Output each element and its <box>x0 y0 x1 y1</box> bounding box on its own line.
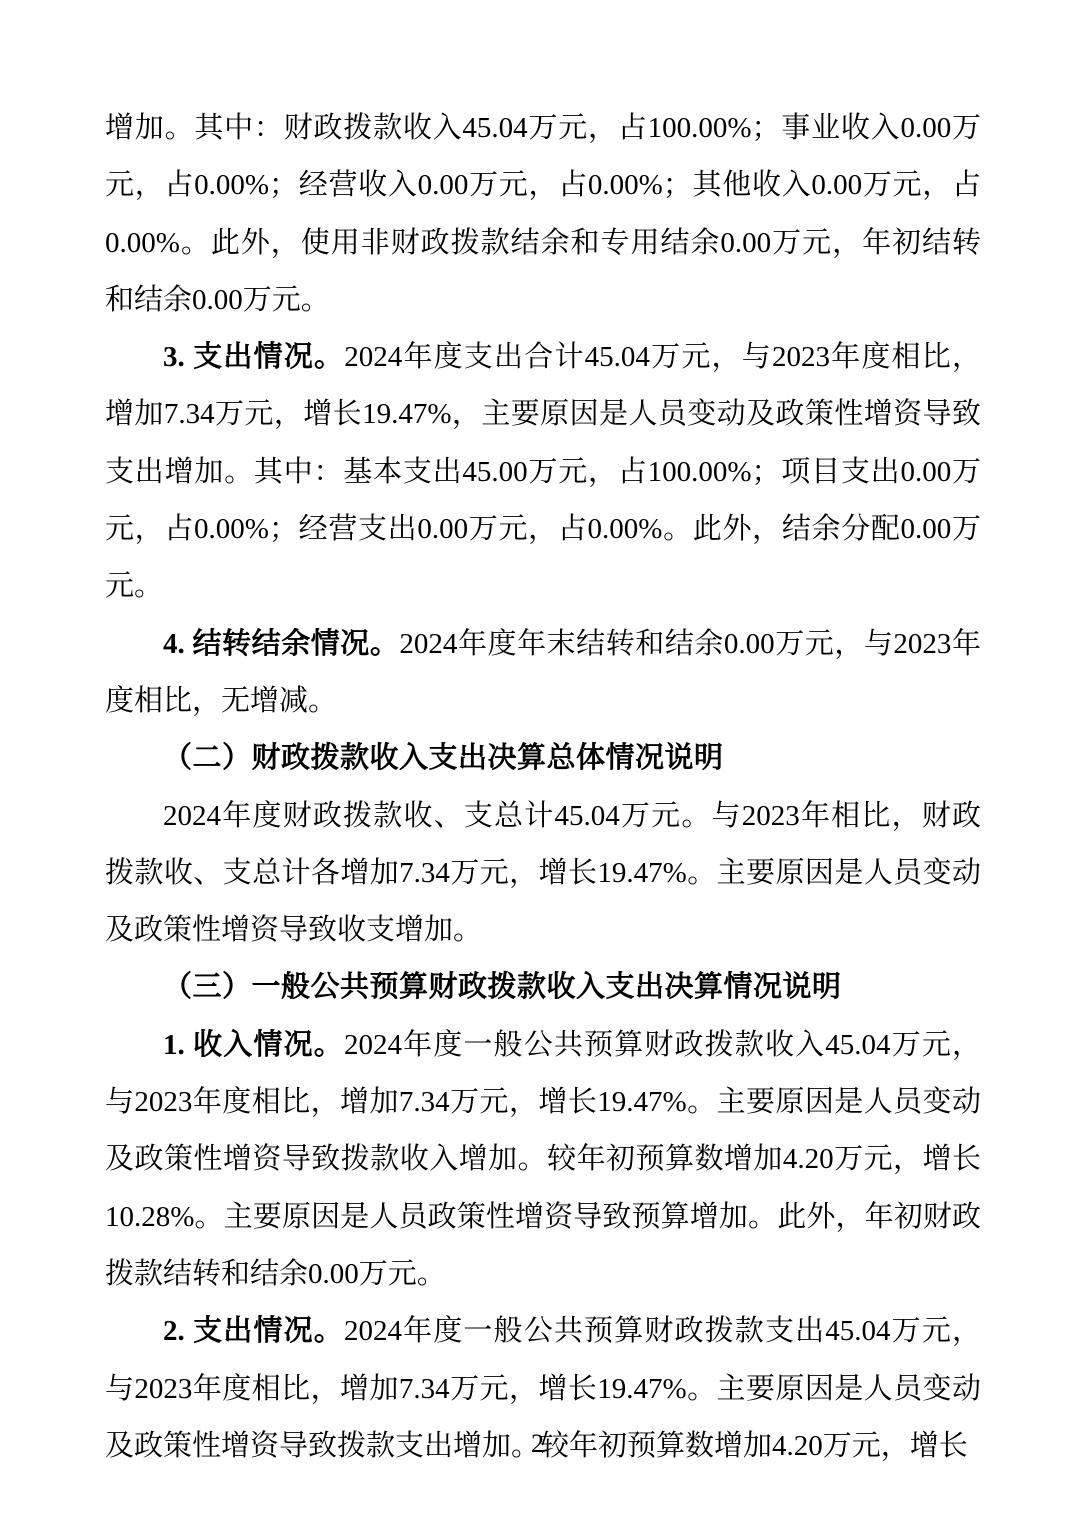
paragraph-lead: 2. 支出情况。 <box>163 1315 344 1347</box>
paragraph-income-continuation: 增加。其中：财政拨款收入45.04万元，占100.00%；事业收入0.00万元，… <box>105 100 981 329</box>
paragraph-text: 2024年度一般公共预算财政拨款收入45.04万元，与2023年度相比，增加7.… <box>105 1029 981 1290</box>
paragraph-text: 2024年度财政拨款收、支总计45.04万元。与2023年相比，财政拨款收、支总… <box>105 800 981 947</box>
section-heading-text: （二）财政拨款收入支出决算总体情况说明 <box>163 742 724 774</box>
paragraph-lead: 1. 收入情况。 <box>163 1029 344 1061</box>
paragraph-text: 2024年度支出合计45.04万元，与2023年度相比，增加7.34万元，增长1… <box>105 341 981 602</box>
page-number: 2 <box>0 1424 1075 1464</box>
paragraph-carryover: 4. 结转结余情况。2024年度年末结转和结余0.00万元，与2023年度相比，… <box>105 616 981 731</box>
paragraph-text: 增加。其中：财政拨款收入45.04万元，占100.00%；事业收入0.00万元，… <box>105 112 981 316</box>
section-heading-3: （三）一般公共预算财政拨款收入支出决算情况说明 <box>105 959 981 1016</box>
paragraph-lead: 4. 结转结余情况。 <box>163 628 399 660</box>
paragraph-lead: 3. 支出情况。 <box>163 341 344 373</box>
paragraph-expenditure: 3. 支出情况。2024年度支出合计45.04万元，与2023年度相比，增加7.… <box>105 329 981 615</box>
document-page: 增加。其中：财政拨款收入45.04万元，占100.00%；事业收入0.00万元，… <box>105 100 981 1475</box>
paragraph-general-budget-income: 1. 收入情况。2024年度一般公共预算财政拨款收入45.04万元，与2023年… <box>105 1017 981 1303</box>
paragraph-fiscal-appropriation-total: 2024年度财政拨款收、支总计45.04万元。与2023年相比，财政拨款收、支总… <box>105 788 981 960</box>
section-heading-text: （三）一般公共预算财政拨款收入支出决算情况说明 <box>163 971 842 1003</box>
section-heading-2: （二）财政拨款收入支出决算总体情况说明 <box>105 730 981 787</box>
